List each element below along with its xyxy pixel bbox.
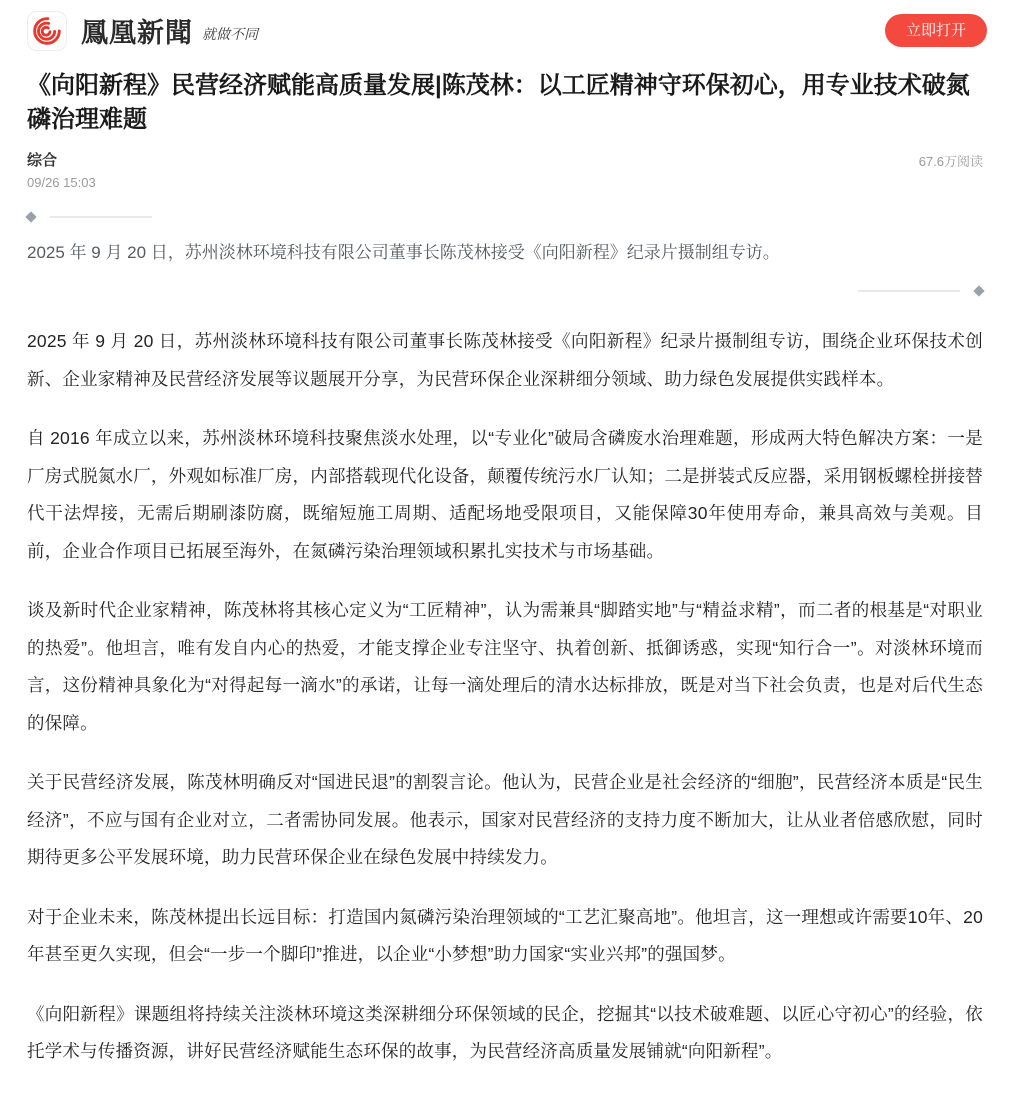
divider-line [50, 216, 152, 218]
article-paragraph: 《向阳新程》课题组将持续关注淡林环境这类深耕细分环保领域的民企，挖掘其“以技术破… [27, 996, 983, 1071]
image-caption: 2025 年 9 月 20 日，苏州淡林环境科技有限公司董事长陈茂林接受《向阳新… [27, 238, 983, 268]
caption-divider-end [27, 286, 983, 296]
article-paragraph: 2025 年 9 月 20 日，苏州淡林环境科技有限公司董事长陈茂林接受《向阳新… [27, 323, 983, 398]
article-body: 2025 年 9 月 20 日，苏州淡林环境科技有限公司董事长陈茂林接受《向阳新… [27, 323, 983, 1071]
article-title: 《向阳新程》民营经济赋能高质量发展|陈茂林：以工匠精神守环保初心，用专业技术破氮… [27, 69, 983, 137]
header: 鳳凰新聞 就做不同 立即打开 [0, 0, 1010, 52]
brand-tagline: 就做不同 [202, 24, 258, 44]
read-count: 67.6万阅读 [919, 149, 983, 170]
brand-logo[interactable]: 鳳凰新聞 就做不同 [27, 11, 258, 51]
caption-divider-start [27, 212, 983, 222]
article-paragraph: 对于企业未来，陈茂林提出长远目标：打造国内氮磷污染治理领域的“工艺汇聚高地”。他… [27, 899, 983, 974]
open-app-button[interactable]: 立即打开 [885, 14, 987, 47]
brand-name: 鳳凰新聞 [81, 11, 193, 50]
article-timestamp: 09/26 15:03 [27, 175, 96, 190]
diamond-icon [25, 211, 36, 222]
meta-left: 综合 09/26 15:03 [27, 149, 96, 190]
diamond-icon [973, 285, 984, 296]
divider-line [858, 290, 960, 292]
article-source[interactable]: 综合 [27, 149, 96, 170]
article-paragraph: 自 2016 年成立以来，苏州淡林环境科技聚焦淡水处理，以“专业化”破局含磷废水… [27, 420, 983, 570]
phoenix-logo-icon [27, 11, 67, 51]
caption-block: 2025 年 9 月 20 日，苏州淡林环境科技有限公司董事长陈茂林接受《向阳新… [27, 212, 983, 296]
article-paragraph: 关于民营经济发展，陈茂林明确反对“国进民退”的割裂言论。他认为，民营企业是社会经… [27, 764, 983, 877]
article-paragraph: 谈及新时代企业家精神，陈茂林将其核心定义为“工匠精神”，认为需兼具“脚踏实地”与… [27, 592, 983, 742]
article-meta: 综合 09/26 15:03 67.6万阅读 [27, 149, 983, 190]
